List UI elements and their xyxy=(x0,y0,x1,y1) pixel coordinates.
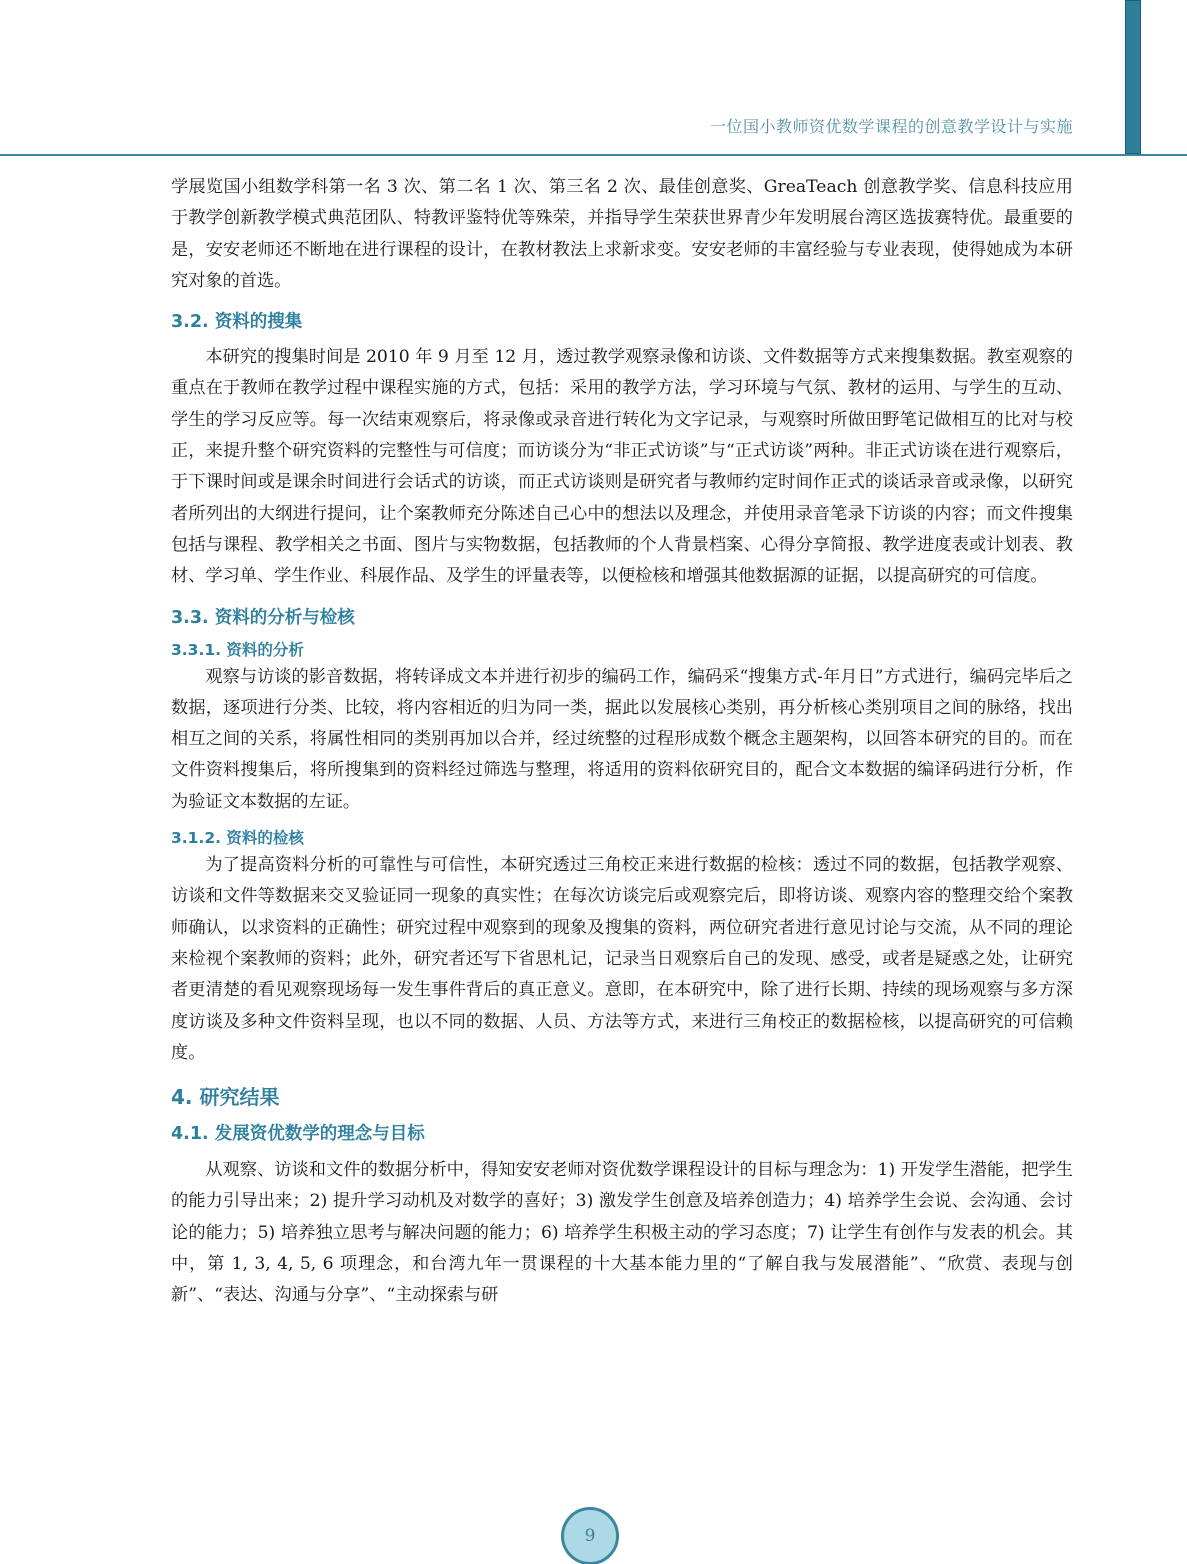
paragraph-data-verification: 为了提高资料分析的可靠性与可信性，本研究透过三角校正来进行数据的检核：透过不同的… xyxy=(171,850,1073,1069)
heading-3-1-2: 3.1.2. 资料的检核 xyxy=(171,826,1073,848)
page-number-badge: 9 xyxy=(561,1507,619,1564)
paragraph-data-analysis: 观察与访谈的影音数据，将转译成文本并进行初步的编码工作，编码采“搜集方式-年月日… xyxy=(171,662,1073,818)
heading-3-3-1: 3.3.1. 资料的分析 xyxy=(171,638,1073,660)
paragraph-data-collection: 本研究的搜集时间是 2010 年 9 月至 12 月，透过教学观察录像和访谈、文… xyxy=(171,342,1073,592)
header-rule xyxy=(0,154,1187,156)
heading-3-3: 3.3. 资料的分析与检核 xyxy=(171,604,1073,629)
article-body: 学展览国小组数学科第一名 3 次、第二名 1 次、第三名 2 次、最佳创意奖、G… xyxy=(171,172,1073,1312)
heading-3-2: 3.2. 资料的搜集 xyxy=(171,308,1073,333)
heading-4-1: 4.1. 发展资优数学的理念与目标 xyxy=(171,1120,1073,1145)
running-title: 一位国小教师资优数学课程的创意教学设计与实施 xyxy=(710,114,1073,137)
paragraph-goals: 从观察、访谈和文件的数据分析中，得知安安老师对资优数学课程设计的目标与理念为：1… xyxy=(171,1155,1073,1311)
heading-4: 4. 研究结果 xyxy=(171,1081,1073,1110)
header-accent-bar xyxy=(1125,0,1141,154)
paragraph-intro-continued: 学展览国小组数学科第一名 3 次、第二名 1 次、第三名 2 次、最佳创意奖、G… xyxy=(171,172,1073,297)
